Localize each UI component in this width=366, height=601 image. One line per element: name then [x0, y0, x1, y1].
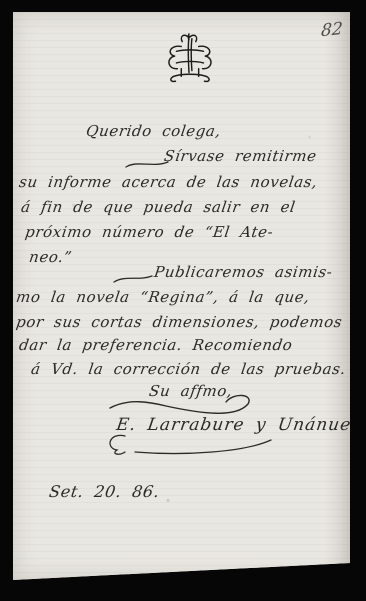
- letter-page: 82 Querido colega, Sírvase remitirme su …: [13, 12, 350, 580]
- signature: E. Larrabure y Unánue,: [115, 415, 359, 435]
- letter-line-6: neo.”: [28, 248, 73, 266]
- letter-date: Set. 20. 86.: [48, 482, 161, 501]
- letter-line-7: Publicaremos asimis-: [153, 263, 334, 281]
- letterhead-monogram-icon: [160, 32, 218, 88]
- letter-line-11: á Vd. la corrección de las pruebas.: [30, 360, 347, 378]
- letter-line-2: Sírvase remitirme: [163, 147, 318, 165]
- letter-line-salutation: Querido colega,: [85, 122, 222, 140]
- letter-line-8: mo la novela “Regina”, á la que,: [15, 288, 311, 306]
- letter-line-5: próximo número de “El Ate-: [24, 223, 275, 241]
- letter-line-4: á fin de que pueda salir en el: [20, 198, 297, 216]
- letter-line-closing: Su affmo,: [148, 382, 234, 400]
- letter-line-3: su informe acerca de las novelas,: [18, 173, 319, 191]
- pen-flourish-icon: [113, 272, 153, 284]
- folio-number: 82: [320, 19, 343, 42]
- letter-line-9: por sus cortas dimensiones, podemos: [15, 313, 343, 331]
- letter-line-10: dar la preferencia. Recomiendo: [18, 336, 294, 354]
- scan-background: 82 Querido colega, Sírvase remitirme su …: [0, 0, 366, 601]
